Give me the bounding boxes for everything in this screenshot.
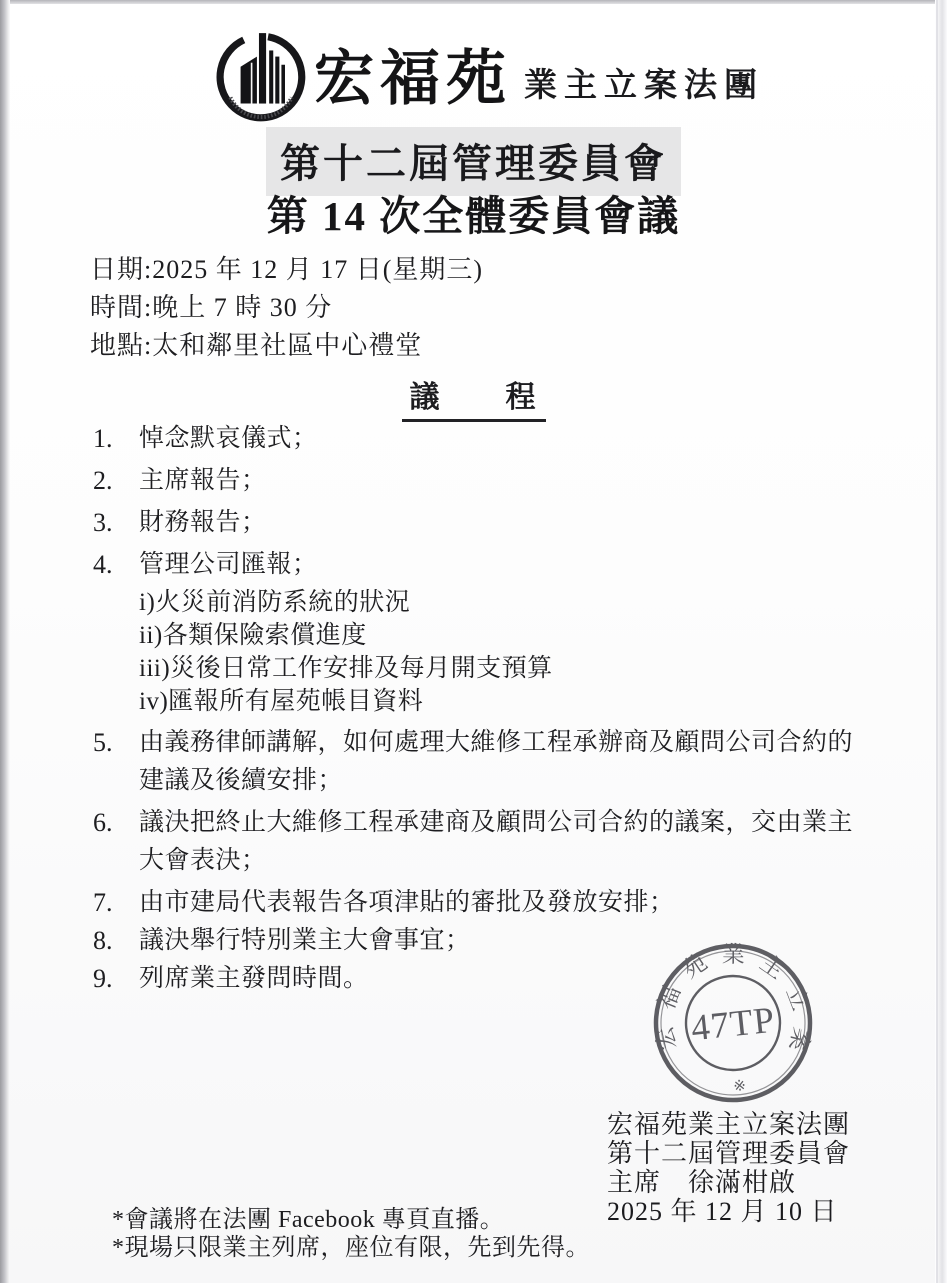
agenda-item-number: 9. xyxy=(93,960,139,998)
agenda-subitems: i)火災前消防系統的狀況 ii)各類保險索償進度 iii)災後日常工作安排及每月… xyxy=(139,586,873,718)
agenda-item-number: 8. xyxy=(93,922,139,960)
agenda-subitem: i)火災前消防系統的狀況 xyxy=(139,586,873,619)
agenda-item-number: 3. xyxy=(93,504,139,542)
stamp-ring-mark: ※ xyxy=(733,1078,747,1095)
agenda-item: 5. 由義務律師講解，如何處理大維修工程承辦商及顧問公司合約的建議及後續安排； xyxy=(93,724,873,800)
signature-org: 宏福苑業主立案法團 xyxy=(607,1110,850,1139)
svg-text:宏福苑業主立案法團: 宏福苑業主立案法團 xyxy=(640,930,818,1071)
agenda-item-text: 悼念默哀儀式； xyxy=(139,420,871,458)
footnotes: *會議將在法團 Facebook 專頁直播。 *現場只限業主列席，座位有限，先到… xyxy=(112,1206,590,1262)
agenda-item-text: 由市建局代表報告各項津貼的審批及發放安排； xyxy=(139,884,871,922)
agenda-subitem: ii)各類保險索償進度 xyxy=(139,619,873,652)
meeting-info: 日期:2025 年 12 月 17 日(星期三) 時間:晚上 7 時 30 分 … xyxy=(90,251,483,365)
date-line: 日期:2025 年 12 月 17 日(星期三) xyxy=(90,251,483,289)
agenda-item: 3. 財務報告； xyxy=(93,504,873,542)
agenda-item-number: 1. xyxy=(93,420,139,458)
org-header: 宏福苑 業主立案法團 xyxy=(212,28,764,126)
signature-committee: 第十二屆管理委員會 xyxy=(607,1139,850,1168)
meeting-title: 第 14 次全體委員會議 xyxy=(0,183,947,242)
footnote: *現場只限業主列席，座位有限，先到先得。 xyxy=(112,1234,590,1262)
agenda-item: 2. 主席報告； xyxy=(93,462,873,500)
signature-chairman: 主席 徐滿柑啟 xyxy=(607,1168,850,1197)
stamp-ring-text: 宏福苑業主立案法團 xyxy=(640,930,818,1071)
agenda-item: 1. 悼念默哀儀式； xyxy=(93,420,873,458)
agenda-heading-row: 議 程 xyxy=(0,372,947,422)
corporation-seal-stamp: 宏福苑業主立案法團 ※ 47TP xyxy=(640,930,827,1117)
footnote: *會議將在法團 Facebook 專頁直播。 xyxy=(112,1206,590,1234)
agenda-subitem: iv)匯報所有屋苑帳目資料 xyxy=(139,685,873,718)
stamp-code: 47TP xyxy=(689,1000,777,1050)
time-line: 時間:晚上 7 時 30 分 xyxy=(90,289,483,327)
agenda-item: 7. 由市建局代表報告各項津貼的審批及發放安排； xyxy=(93,884,873,922)
scan-edge-top xyxy=(0,0,947,4)
signature-block: 宏福苑業主立案法團 第十二屆管理委員會 主席 徐滿柑啟 2025 年 12 月 … xyxy=(607,1110,850,1226)
venue-line: 地點:太和鄰里社區中心禮堂 xyxy=(90,327,483,365)
agenda-item-number: 2. xyxy=(93,462,139,500)
agenda-item-number: 5. xyxy=(93,724,139,800)
agenda-item-number: 6. xyxy=(93,804,139,880)
agenda-item-number: 4. xyxy=(93,546,139,584)
agenda-item: 4. 管理公司匯報； xyxy=(93,546,873,584)
agenda-item-text: 由義務律師講解，如何處理大維修工程承辦商及顧問公司合約的建議及後續安排； xyxy=(139,724,871,800)
agenda-item-text: 財務報告； xyxy=(139,504,871,542)
agenda-item-number: 7. xyxy=(93,884,139,922)
agenda-subitem: iii)災後日常工作安排及每月開支預算 xyxy=(139,652,873,685)
estate-logo-icon xyxy=(212,28,310,126)
agenda-list: 1. 悼念默哀儀式； 2. 主席報告； 3. 財務報告； 4. 管理公司匯報； … xyxy=(93,420,873,1002)
agenda-item-text: 議決把終止大維修工程承建商及顧問公司合約的議案，交由業主大會表決； xyxy=(139,804,871,880)
document-photo: 宏福苑 業主立案法團 第十二屆管理委員會 第 14 次全體委員會議 日期:202… xyxy=(0,0,947,1283)
agenda-item-text: 主席報告； xyxy=(139,462,871,500)
org-subtitle: 業主立案法團 xyxy=(524,59,764,126)
agenda-item: 6. 議決把終止大維修工程承建商及顧問公司合約的議案，交由業主大會表決； xyxy=(93,804,873,880)
signature-date: 2025 年 12 月 10 日 xyxy=(607,1197,850,1226)
agenda-heading: 議 程 xyxy=(402,372,546,422)
org-name: 宏福苑 xyxy=(314,33,512,126)
agenda-item-text: 管理公司匯報； xyxy=(139,546,871,584)
